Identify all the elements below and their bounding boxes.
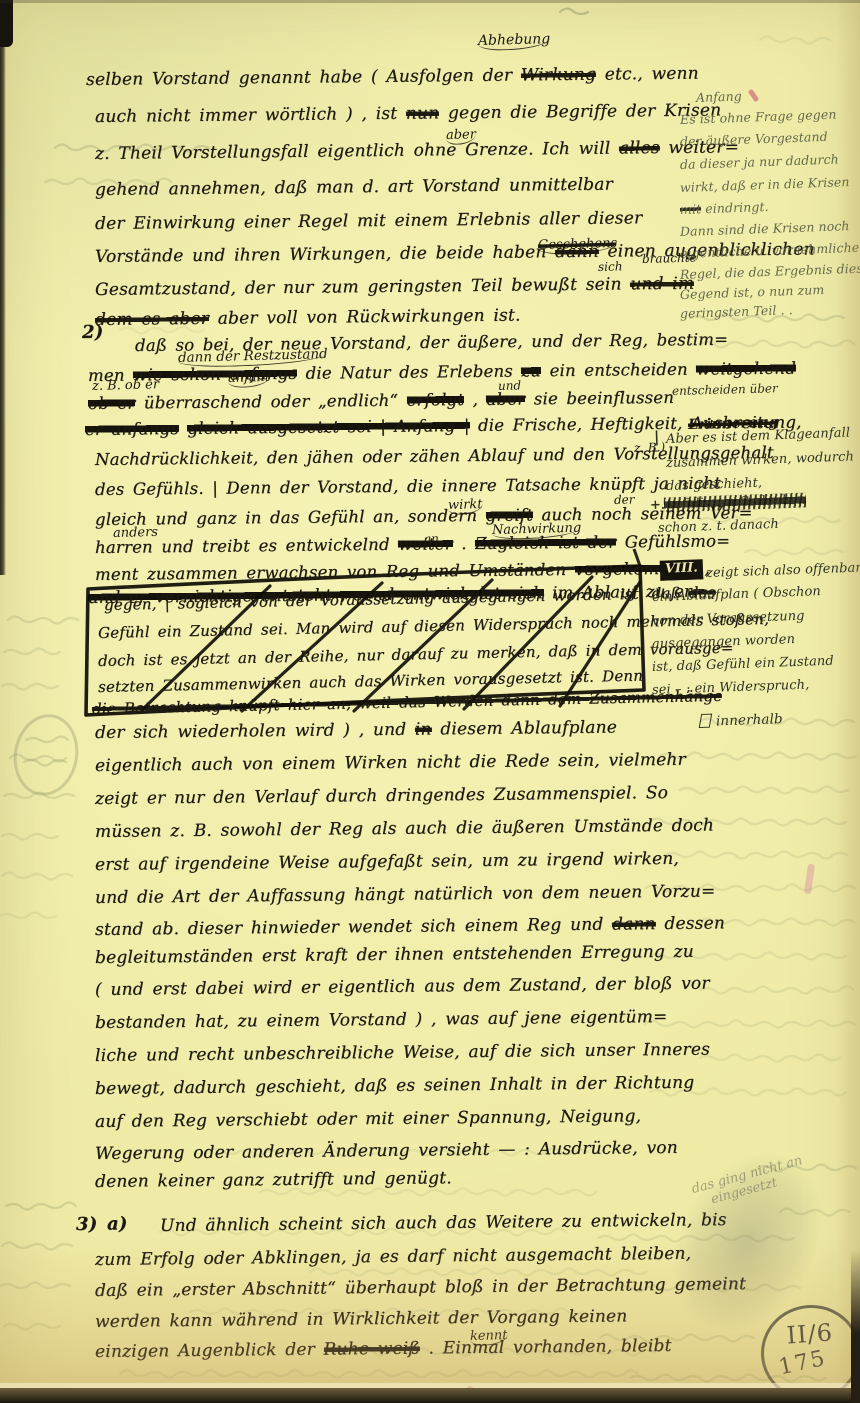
margin-note-line: das geschieht, [666, 476, 763, 494]
paper-aging-right [836, 0, 860, 1403]
manuscript-line: auf den Reg verschiebt oder mit einer Sp… [95, 1106, 641, 1132]
manuscript-line: dem es aber aber voll von Rückwirkungen … [95, 306, 521, 330]
scan-edge-left [0, 0, 6, 575]
bleedthrough-squiggle [0, 913, 56, 919]
manuscript-line: Gesamtzustand, der nur zum geringsten Te… [95, 274, 694, 300]
insert-an: an [424, 532, 439, 546]
bleedthrough-squiggle [760, 37, 830, 44]
bleedthrough-squiggle [310, 1269, 646, 1276]
manuscript-line: der sich wiederholen wird ) , und in die… [95, 718, 617, 743]
margin-note-crossed-out-line2: schon z. t. danach [658, 517, 779, 536]
manuscript-line: und die Art der Auffassung hängt natürli… [95, 882, 716, 908]
margin-note-crossed-out: +Auf diesen Gedanken [650, 493, 807, 513]
bleedthrough-squiggle [2, 873, 72, 880]
bleedthrough-squiggle [680, 787, 848, 794]
scan-edge-top [0, 0, 860, 3]
plus-mark-icon: + [650, 498, 662, 513]
section-marker-3a: 3) a) [76, 1213, 128, 1235]
insert-anfaellt: anfällt [228, 370, 271, 388]
manuscript-line: liche und recht unbeschreibliche Weise, … [95, 1040, 710, 1066]
manuscript-line: eigentlich auch von einem Wirken nicht d… [95, 750, 686, 776]
manuscript-line: werden kann während in Wirklichkeit der … [95, 1306, 628, 1332]
bleedthrough-squiggle [560, 9, 588, 15]
manuscript-line: ( und erst dabei wird er eigentlich aus … [95, 974, 710, 1000]
manuscript-line: z. Theil Vorstellungsfall eigentlich ohn… [95, 137, 739, 164]
margin-note-line: mit eindringt. [680, 199, 769, 217]
manuscript-line: Und ähnlich scheint sich auch das Weiter… [160, 1210, 727, 1236]
bleedthrough-squiggle [0, 1283, 70, 1289]
manuscript-line: gehend annehmen, daß man d. art Vorstand… [95, 175, 613, 200]
bleedthrough-squiggle [24, 760, 66, 766]
scribbled-text: Auf diesen Gedanken [664, 493, 807, 513]
bleedthrough-squiggle [2, 684, 58, 690]
insertion-mark-icon [699, 714, 712, 728]
manuscript-line: daß ein „erster Abschnitt“ überhaupt blo… [95, 1274, 746, 1301]
margin-note-line: sei – : ein Widerspruch, [652, 678, 810, 698]
insert-und: und [498, 378, 521, 393]
manuscript-line: stand ab. dieser hinwieder wendet sich e… [95, 913, 725, 940]
manuscript-page: selben Vorstand genannt habe ( Ausfolgen… [0, 0, 860, 1403]
bleedthrough-squiggle [4, 1324, 60, 1330]
manuscript-line: ob er überraschend oder „endlich“ erfolg… [88, 388, 674, 413]
pink-smudge [804, 864, 815, 895]
bleedthrough-squiggle [8, 617, 78, 624]
bleedthrough-squiggle [4, 649, 60, 655]
insert-abhebung: Abhebung [478, 31, 551, 51]
manuscript-line: denen keiner ganz zutrifft und genügt. [95, 1168, 452, 1192]
margin-note-line: Dann sind die Krisen noch [680, 218, 850, 239]
reference-mark-icon: | [654, 428, 660, 446]
manuscript-line: zeigt er nur den Verlauf durch dringende… [95, 783, 668, 809]
bleedthrough-squiggle [665, 852, 847, 859]
bleedthrough-squiggle [2, 834, 58, 840]
bleedthrough-squiggle [660, 753, 856, 760]
red-speck [467, 1386, 473, 1391]
scan-edge-notch [0, 0, 13, 47]
bleedthrough-squiggle [780, 1209, 850, 1216]
paper-edge-highlight [0, 1383, 860, 1388]
manuscript-line: erst auf irgendeine Weise aufgefaßt sein… [95, 849, 679, 875]
stamp-page-number: 175 [777, 1346, 829, 1380]
manuscript-line: doch ist es jetzt an der Reihe, nur dara… [98, 639, 734, 670]
margin-note-line: wirkt, daß er in die Krisen [680, 174, 850, 195]
archive-stamp: II/6 175 [758, 1302, 860, 1403]
manuscript-line: müssen z. B. sowohl der Reg als auch die… [95, 816, 714, 842]
manuscript-line: ment zusammen erwachsen von Reg und Umst… [95, 559, 710, 584]
bleedthrough-squiggle [700, 1055, 840, 1062]
manuscript-line: auch nicht immer wörtlich ) , ist nun ge… [95, 100, 721, 127]
margin-note-line: geringsten Teil . . [680, 302, 793, 321]
margin-insert-entscheiden-ueber: entscheiden über [672, 381, 778, 398]
margin-note-line: Regel, die das Ergebnis dieser [680, 260, 860, 282]
insert-zb-ob-er: z. B. ob er [92, 377, 159, 394]
insert-der: der [614, 492, 635, 507]
margin-note-label: innerhalb [716, 711, 783, 729]
margin-note-line: ausgegangen worden [652, 632, 796, 652]
pencil-note: das ging nicht an eingesetzt [690, 1153, 808, 1211]
red-ink-mark [748, 89, 760, 103]
margin-note-line: Gegend ist, o nun zum [680, 282, 825, 302]
bleedthrough-squiggle [6, 1203, 76, 1210]
manuscript-line: harren und treibt es entwickelnd weiter … [95, 531, 730, 557]
bleedthrough-squiggle [26, 737, 68, 743]
bleedthrough-squiggle [10, 755, 66, 762]
paragraph-number-badge: VIII. [660, 559, 704, 580]
section-marker-2: 2) [82, 322, 104, 343]
bleedthrough-squiggle [598, 1235, 794, 1242]
insert-aber: aber [446, 127, 476, 145]
margin-note-line: der äußere Vorgestand [680, 129, 828, 149]
bleedthrough-squiggle [700, 987, 854, 994]
manuscript-line: zum Erfolg oder Abklingen, ja es darf ni… [95, 1244, 691, 1270]
margin-note-line: Anfang [696, 88, 742, 105]
manuscript-line: selben Vorstand genannt habe ( Ausfolgen… [86, 64, 699, 90]
manuscript-line: der Einwirkung einer Regel mit einem Erl… [95, 208, 642, 234]
stamp-bleedthrough [7, 709, 84, 801]
margin-note-line: zeigt sich also offenbar [706, 561, 860, 581]
insert-anders: anders [113, 525, 158, 541]
bleedthrough-squiggle [745, 549, 843, 556]
scan-edge-bottom [0, 1388, 860, 1403]
bleedthrough-squiggle [2, 1243, 72, 1250]
margin-note-innerhalb: innerhalb [700, 711, 783, 730]
manuscript-line: begleitumständen erst kraft der ihnen en… [95, 942, 694, 968]
stamp-signature: II/6 [786, 1318, 834, 1349]
manuscript-line: Wegerung oder anderen Änderung versieht … [95, 1138, 678, 1164]
manuscript-line: bewegt, dadurch geschieht, daß es seinen… [95, 1073, 694, 1099]
insert-sich: sich [598, 259, 623, 274]
margin-insert-erinnerung-struck: Erinnerung [688, 415, 779, 433]
insert-brauchte: brauchte [642, 251, 697, 266]
bleedthrough-squiggle [120, 1371, 638, 1378]
insert-zb-paren: z. B.) [634, 440, 666, 455]
manuscript-line: bestanden hat, zu einem Vorstand ) , was… [95, 1007, 668, 1033]
bleedthrough-squiggle [4, 793, 74, 799]
bleedthrough-squiggle [645, 1021, 855, 1028]
manuscript-line: einzigen Augenblick der Ruhe weiß . Einm… [95, 1336, 672, 1362]
